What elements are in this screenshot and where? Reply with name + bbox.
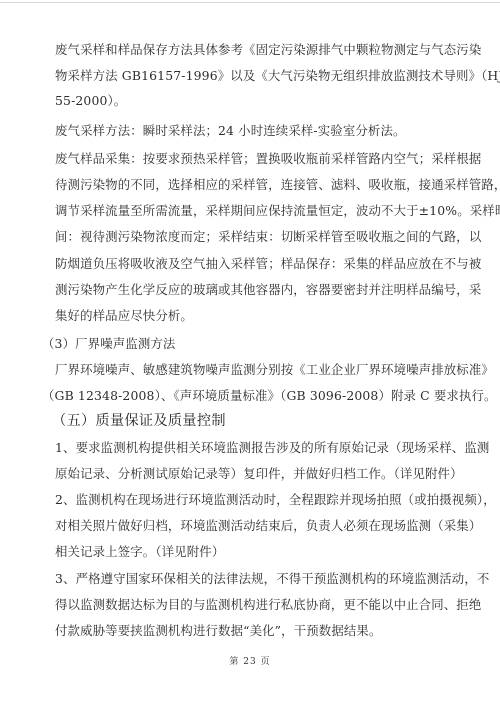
- paragraph-line: 55-2000）。: [55, 93, 126, 109]
- qa-item-line: 对相关照片做好归档，环境监测活动结束后，负责人必须在现场监测（采集）: [55, 518, 481, 534]
- qa-item-line: 2、监测机构在现场进行环境监测活动时，全程跟踪并现场拍照（或拍摄视频），: [55, 492, 496, 508]
- subsection-title: （3）厂界噪声监测方法: [42, 336, 175, 352]
- qa-item-line: 原始记录、分析测试原始记录等）复印件，并做好归档工作。（详见附件）: [55, 466, 463, 482]
- paragraph-line: （GB 12348-2008）、《声环境质量标准》（GB 3096-2008）附…: [42, 388, 497, 404]
- qa-item-line: 3、严格遵守国家环保相关的法律法规，不得干预监测机构的环境监测活动，不: [55, 571, 489, 587]
- paragraph-line: 废气采样和样品保存方法具体参考《固定污染源排气中颗粒物测定与气态污染: [55, 42, 481, 58]
- section-heading: （五）质量保证及质量控制: [52, 412, 226, 430]
- paragraph-line: 间：视待测污染物浓度而定；采样结束：切断采样管至吸收瓶之间的气路，以: [55, 229, 481, 245]
- paragraph-line: 待测污染物的不同，选择相应的采样管，连接管、滤料、吸收瓶，接通采样管路，: [55, 177, 500, 193]
- page-number: 第 23 页: [0, 654, 500, 667]
- paragraph-line: 厂界环境噪声、敏感建筑物噪声监测分别按《工业企业厂界环境噪声排放标准》: [55, 362, 494, 378]
- qa-item-line: 得以监测数据达标为目的与监测机构进行私底协商，更不能以中止合同、拒绝: [55, 597, 481, 613]
- paragraph-line: 测污染物产生化学反应的玻璃或其他容器内，容器要密封并注明样品编号，采: [55, 282, 481, 298]
- paragraph-line: 物采样方法 GB16157-1996》以及《大气污染物无组织排放监测技术导则》（…: [55, 68, 500, 84]
- qa-item-line: 付款威胁等要挟监测机构进行数据“美化”，干预数据结果。: [55, 623, 381, 639]
- document-page: 废气采样和样品保存方法具体参考《固定污染源排气中颗粒物测定与气态污染 物采样方法…: [0, 0, 500, 707]
- qa-item-line: 相关记录上签字。（详见附件）: [55, 544, 224, 560]
- qa-item-line: 1、要求监测机构提供相关环境监测报告涉及的所有原始记录（现场采样、监测: [55, 440, 489, 456]
- paragraph-line: 废气采样方法：瞬时采样法；24 小时连续采样-实验室分析法。: [55, 123, 406, 139]
- paragraph-line: 废气样品采集：按要求预热采样管；置换吸收瓶前采样管路内空气；采样根据: [55, 151, 481, 167]
- paragraph-line: 调节采样流量至所需流量，采样期间应保持流量恒定，波动不大于±10%。采样时: [55, 203, 500, 219]
- paragraph-line: 防烟道负压将吸收液及空气抽入采样管；样品保存：采集的样品应放在不与被: [55, 256, 481, 272]
- paragraph-line: 集好的样品应尽快分析。: [55, 308, 193, 324]
